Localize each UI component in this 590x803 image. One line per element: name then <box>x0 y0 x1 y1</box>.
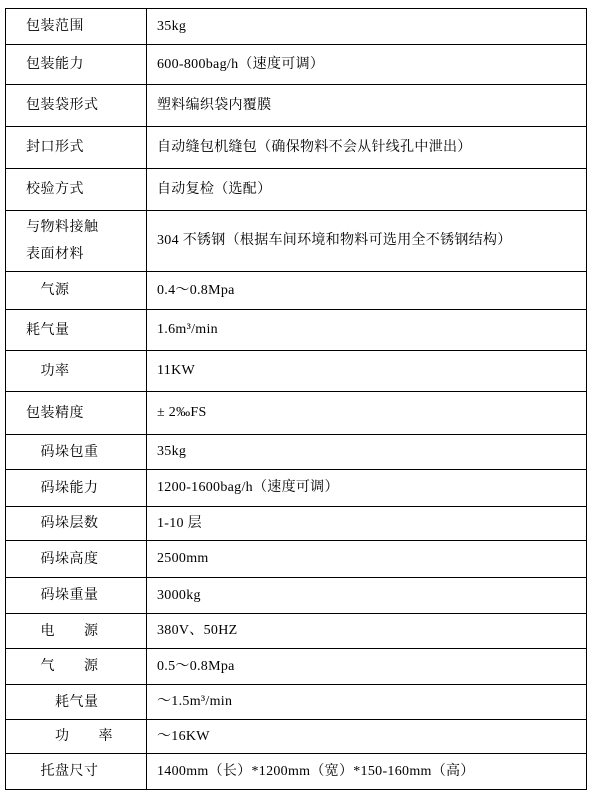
table-row: 包装能力 600-800bag/h（速度可调） <box>6 45 587 85</box>
table-row: 码垛高度 2500mm <box>6 541 587 578</box>
table-row: 电 源 380V、50HZ <box>6 614 587 649</box>
row-label: 功率 <box>6 351 147 392</box>
row-label: 码垛层数 <box>6 507 147 541</box>
row-value: 1.6m³/min <box>147 310 587 351</box>
spec-table: 包装范围 35kg 包装能力 600-800bag/h（速度可调） 包装袋形式 … <box>5 8 587 790</box>
row-value: 0.4～0.8Mpa <box>147 272 587 310</box>
row-label: 码垛包重 <box>6 435 147 470</box>
row-label: 气 源 <box>6 649 147 685</box>
table-row: 耗气量 1.6m³/min <box>6 310 587 351</box>
table-row: 包装精度 ± 2‰FS <box>6 392 587 435</box>
row-label: 包装范围 <box>6 9 147 45</box>
table-row: 功率 11KW <box>6 351 587 392</box>
table-row: 包装袋形式 塑料编织袋内覆膜 <box>6 85 587 127</box>
row-value: 1400mm（长）*1200mm（宽）*150-160mm（高） <box>147 754 587 790</box>
table-row: 功 率 ～16KW <box>6 720 587 754</box>
row-value: 1200-1600bag/h（速度可调） <box>147 470 587 507</box>
table-row: 码垛能力 1200-1600bag/h（速度可调） <box>6 470 587 507</box>
row-label: 功 率 <box>6 720 147 754</box>
row-label: 封口形式 <box>6 127 147 169</box>
row-label: 码垛重量 <box>6 578 147 614</box>
row-label: 包装袋形式 <box>6 85 147 127</box>
row-value: ± 2‰FS <box>147 392 587 435</box>
table-row: 与物料接触 表面材料 304 不锈钢（根据车间环境和物料可选用全不锈钢结构） <box>6 211 587 272</box>
table-row: 校验方式 自动复检（选配） <box>6 169 587 211</box>
row-value: 380V、50HZ <box>147 614 587 649</box>
row-value: 自动复检（选配） <box>147 169 587 211</box>
row-value: 3000kg <box>147 578 587 614</box>
row-value: 0.5～0.8Mpa <box>147 649 587 685</box>
row-label: 托盘尺寸 <box>6 754 147 790</box>
table-row: 封口形式 自动缝包机缝包（确保物料不会从针线孔中泄出） <box>6 127 587 169</box>
table-row: 托盘尺寸 1400mm（长）*1200mm（宽）*150-160mm（高） <box>6 754 587 790</box>
table-row: 气 源 0.5～0.8Mpa <box>6 649 587 685</box>
row-label: 包装精度 <box>6 392 147 435</box>
table-row: 码垛层数 1-10 层 <box>6 507 587 541</box>
row-value: ～1.5m³/min <box>147 685 587 720</box>
row-value: 2500mm <box>147 541 587 578</box>
row-label: 电 源 <box>6 614 147 649</box>
table-row: 耗气量 ～1.5m³/min <box>6 685 587 720</box>
row-label: 校验方式 <box>6 169 147 211</box>
table-row: 码垛包重 35kg <box>6 435 587 470</box>
row-value: 600-800bag/h（速度可调） <box>147 45 587 85</box>
row-label: 与物料接触 表面材料 <box>6 211 147 272</box>
row-value: 35kg <box>147 9 587 45</box>
row-value: 35kg <box>147 435 587 470</box>
row-label: 耗气量 <box>6 685 147 720</box>
row-label: 耗气量 <box>6 310 147 351</box>
row-value: 1-10 层 <box>147 507 587 541</box>
row-label: 码垛能力 <box>6 470 147 507</box>
row-value: 塑料编织袋内覆膜 <box>147 85 587 127</box>
row-label: 气源 <box>6 272 147 310</box>
table-row: 气源 0.4～0.8Mpa <box>6 272 587 310</box>
row-value: 11KW <box>147 351 587 392</box>
row-label: 包装能力 <box>6 45 147 85</box>
row-label: 码垛高度 <box>6 541 147 578</box>
table-row: 包装范围 35kg <box>6 9 587 45</box>
table-row: 码垛重量 3000kg <box>6 578 587 614</box>
row-value: 自动缝包机缝包（确保物料不会从针线孔中泄出） <box>147 127 587 169</box>
row-value: ～16KW <box>147 720 587 754</box>
row-value: 304 不锈钢（根据车间环境和物料可选用全不锈钢结构） <box>147 211 587 272</box>
